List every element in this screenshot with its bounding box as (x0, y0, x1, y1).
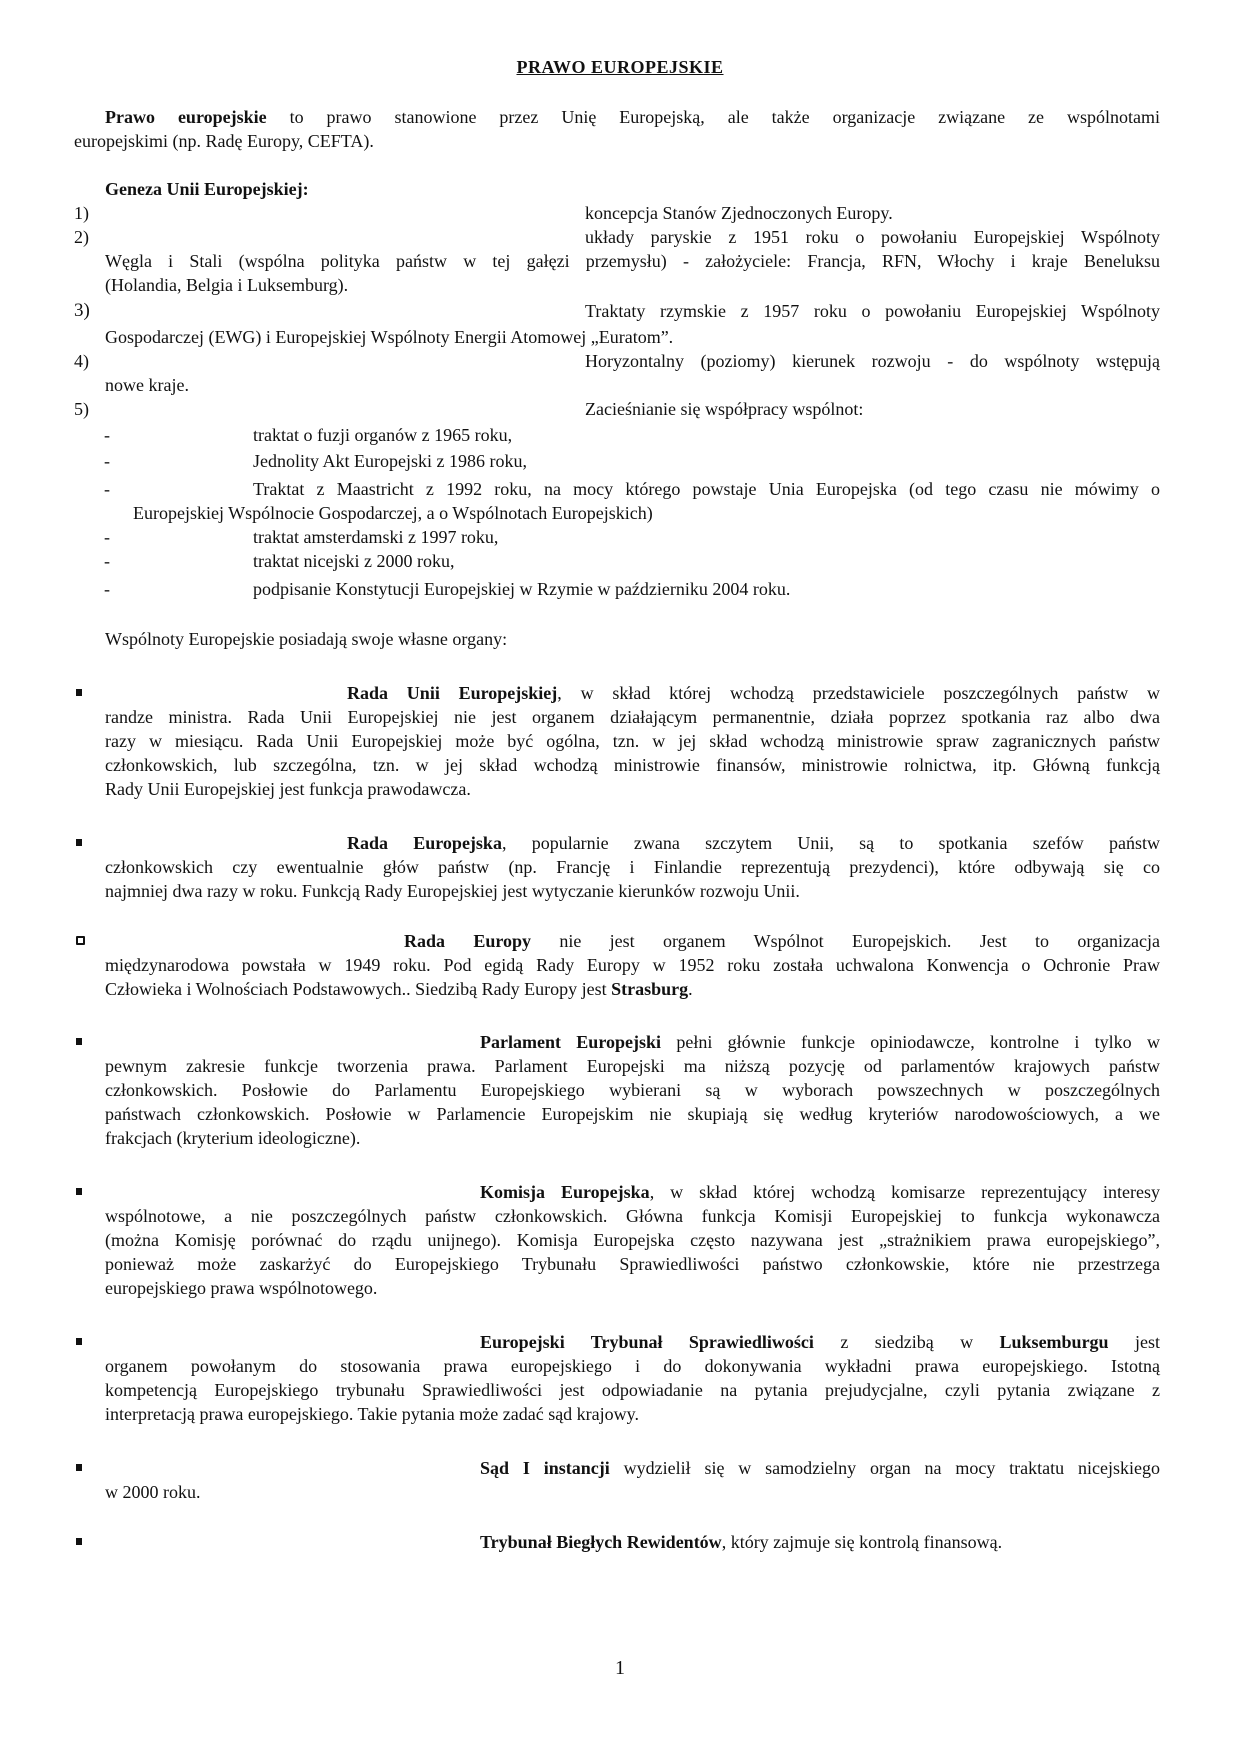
organ-7-name: Sąd I instancji (480, 1458, 610, 1478)
organ-1-line-2: randze ministra. Rada Unii Europejskiej … (105, 706, 1160, 728)
bullet-square-icon (76, 689, 82, 696)
subitem-1-text: traktat o fuzji organów z 1965 roku, (253, 424, 512, 446)
organ-3-line-3: Człowieka i Wolnościach Podstawowych.. S… (105, 978, 693, 1000)
organ-4-line-5: frakcjach (kryterium ideologiczne). (105, 1127, 360, 1149)
subitem-5-text: traktat nicejski z 2000 roku, (253, 550, 454, 572)
organ-1-line-3: razy w miesiącu. Rada Unii Europejskiej … (105, 730, 1160, 752)
genesis-item-4-cont-1: nowe kraje. (105, 374, 189, 396)
organ-6-line-3: kompetencją Europejskiego trybunału Spra… (105, 1379, 1160, 1401)
organ-5-name: Komisja Europejska (480, 1182, 650, 1202)
page-number: 1 (0, 1657, 1240, 1679)
document-title: PRAWO EUROPEJSKIE (0, 56, 1240, 78)
organ-1-line-1: Rada Unii Europejskiej, w skład której w… (347, 682, 1160, 704)
organ-3-name: Rada Europy (404, 931, 531, 951)
organ-1-line-4: członkowskich, lub szczególna, tzn. w je… (105, 754, 1160, 776)
genesis-item-4-text: Horyzontalny (poziomy) kierunek rozwoju … (585, 350, 1160, 372)
bullet-square-icon (76, 1338, 82, 1345)
intro-line-1: Prawo europejskie to prawo stanowione pr… (105, 106, 1160, 128)
subitem-3-dash: - (104, 478, 110, 500)
bullet-hollow-square-icon (76, 936, 85, 945)
organ-6-line-4: interpretacją prawa europejskiego. Takie… (105, 1403, 639, 1425)
organ-2-line-3: najmniej dwa razy w roku. Funkcją Rady E… (105, 880, 800, 902)
organ-6-line-2: organem powołanym do stosowania prawa eu… (105, 1355, 1160, 1377)
organ-6-line-1: Europejski Trybunał Sprawiedliwości z si… (480, 1331, 1160, 1353)
genesis-item-2-cont-2: (Holandia, Belgia i Luksemburg). (105, 274, 348, 296)
organ-6-name: Europejski Trybunał Sprawiedliwości (480, 1332, 814, 1352)
bullet-square-icon (76, 839, 82, 846)
genesis-item-3-number: 3) (74, 300, 90, 322)
organ-8-name: Trybunał Biegłych Rewidentów (480, 1532, 722, 1552)
subitem-2-dash: - (104, 450, 110, 472)
seat-luksemburg: Luksemburgu (1000, 1332, 1109, 1352)
subitem-3-text: Traktat z Maastricht z 1992 roku, na moc… (253, 478, 1160, 500)
organ-3-line-1: Rada Europy nie jest organem Wspólnot Eu… (404, 930, 1160, 952)
organ-5-line-3: (można Komisję porównać do rządu unijneg… (105, 1229, 1160, 1251)
subitem-6-dash: - (104, 578, 110, 600)
genesis-item-1-text: koncepcja Stanów Zjednoczonych Europy. (585, 202, 893, 224)
organ-8-line-1: Trybunał Biegłych Rewidentów, który zajm… (480, 1531, 1002, 1553)
organ-4-line-4: państwach członkowskich. Posłowie w Parl… (105, 1103, 1160, 1125)
intro-line-2: europejskimi (np. Radę Europy, CEFTA). (74, 130, 374, 152)
organ-1-name: Rada Unii Europejskiej (347, 683, 557, 703)
genesis-item-5-number: 5) (74, 398, 89, 420)
organ-2-line-2: członkowskich czy ewentualnie głów państ… (105, 856, 1160, 878)
bullet-square-icon (76, 1538, 82, 1545)
subitem-4-text: traktat amsterdamski z 1997 roku, (253, 526, 498, 548)
bullet-square-icon (76, 1188, 82, 1195)
bullet-square-icon (76, 1464, 82, 1471)
organ-4-line-2: pewnym zakresie funkcje tworzenia prawa.… (105, 1055, 1160, 1077)
organ-1-line-5: Rady Unii Europejskiej jest funkcja praw… (105, 778, 471, 800)
seat-strasburg: Strasburg (611, 979, 688, 999)
organ-2-name: Rada Europejska (347, 833, 502, 853)
organ-4-line-1: Parlament Europejski pełni głównie funkc… (480, 1031, 1160, 1053)
bullet-square-icon (76, 1038, 82, 1045)
genesis-item-5-text: Zacieśnianie się współpracy wspólnot: (585, 398, 863, 420)
organ-7-line-1: Sąd I instancji wydzielił się w samodzie… (480, 1457, 1160, 1479)
subitem-4-dash: - (104, 526, 110, 548)
document-page: PRAWO EUROPEJSKIE Prawo europejskie to p… (0, 0, 1240, 1754)
subitem-2-text: Jednolity Akt Europejski z 1986 roku, (253, 450, 527, 472)
organ-3-line-2: międzynarodowa powstała w 1949 roku. Pod… (105, 954, 1160, 976)
organ-5-line-4: ponieważ może zaskarżyć do Europejskiego… (105, 1253, 1160, 1275)
organ-2-line-1: Rada Europejska, popularnie zwana szczyt… (347, 832, 1160, 854)
genesis-item-3-text: Traktaty rzymskie z 1957 roku o powołani… (585, 300, 1160, 322)
organ-7-line-2: w 2000 roku. (105, 1481, 201, 1503)
genesis-item-4-number: 4) (74, 350, 89, 372)
subitem-1-dash: - (104, 424, 110, 446)
genesis-item-2-text: układy paryskie z 1951 roku o powołaniu … (585, 226, 1160, 248)
genesis-item-3-cont-1: Gospodarczej (EWG) i Europejskiej Wspóln… (105, 326, 673, 348)
genesis-item-2-number: 2) (74, 226, 89, 248)
genesis-item-1-number: 1) (74, 202, 89, 224)
organ-4-line-3: członkowskich. Posłowie do Parlamentu Eu… (105, 1079, 1160, 1101)
organ-4-name: Parlament Europejski (480, 1032, 661, 1052)
subitem-3-cont: Europejskiej Wspólnocie Gospodarczej, a … (133, 502, 653, 524)
subitem-6-text: podpisanie Konstytucji Europejskiej w Rz… (253, 578, 790, 600)
organ-5-line-1: Komisja Europejska, w skład której wchod… (480, 1181, 1160, 1203)
organ-5-line-5: europejskiego prawa wspólnotowego. (105, 1277, 377, 1299)
subitem-5-dash: - (104, 550, 110, 572)
genesis-heading: Geneza Unii Europejskiej: (105, 178, 309, 200)
intro-bold-term: Prawo europejskie (105, 107, 267, 127)
organ-5-line-2: wspólnotowe, a nie poszczególnych państw… (105, 1205, 1160, 1227)
genesis-item-2-cont-1: Węgla i Stali (wspólna polityka państw w… (105, 250, 1160, 272)
organs-intro: Wspólnoty Europejskie posiadają swoje wł… (105, 628, 507, 650)
